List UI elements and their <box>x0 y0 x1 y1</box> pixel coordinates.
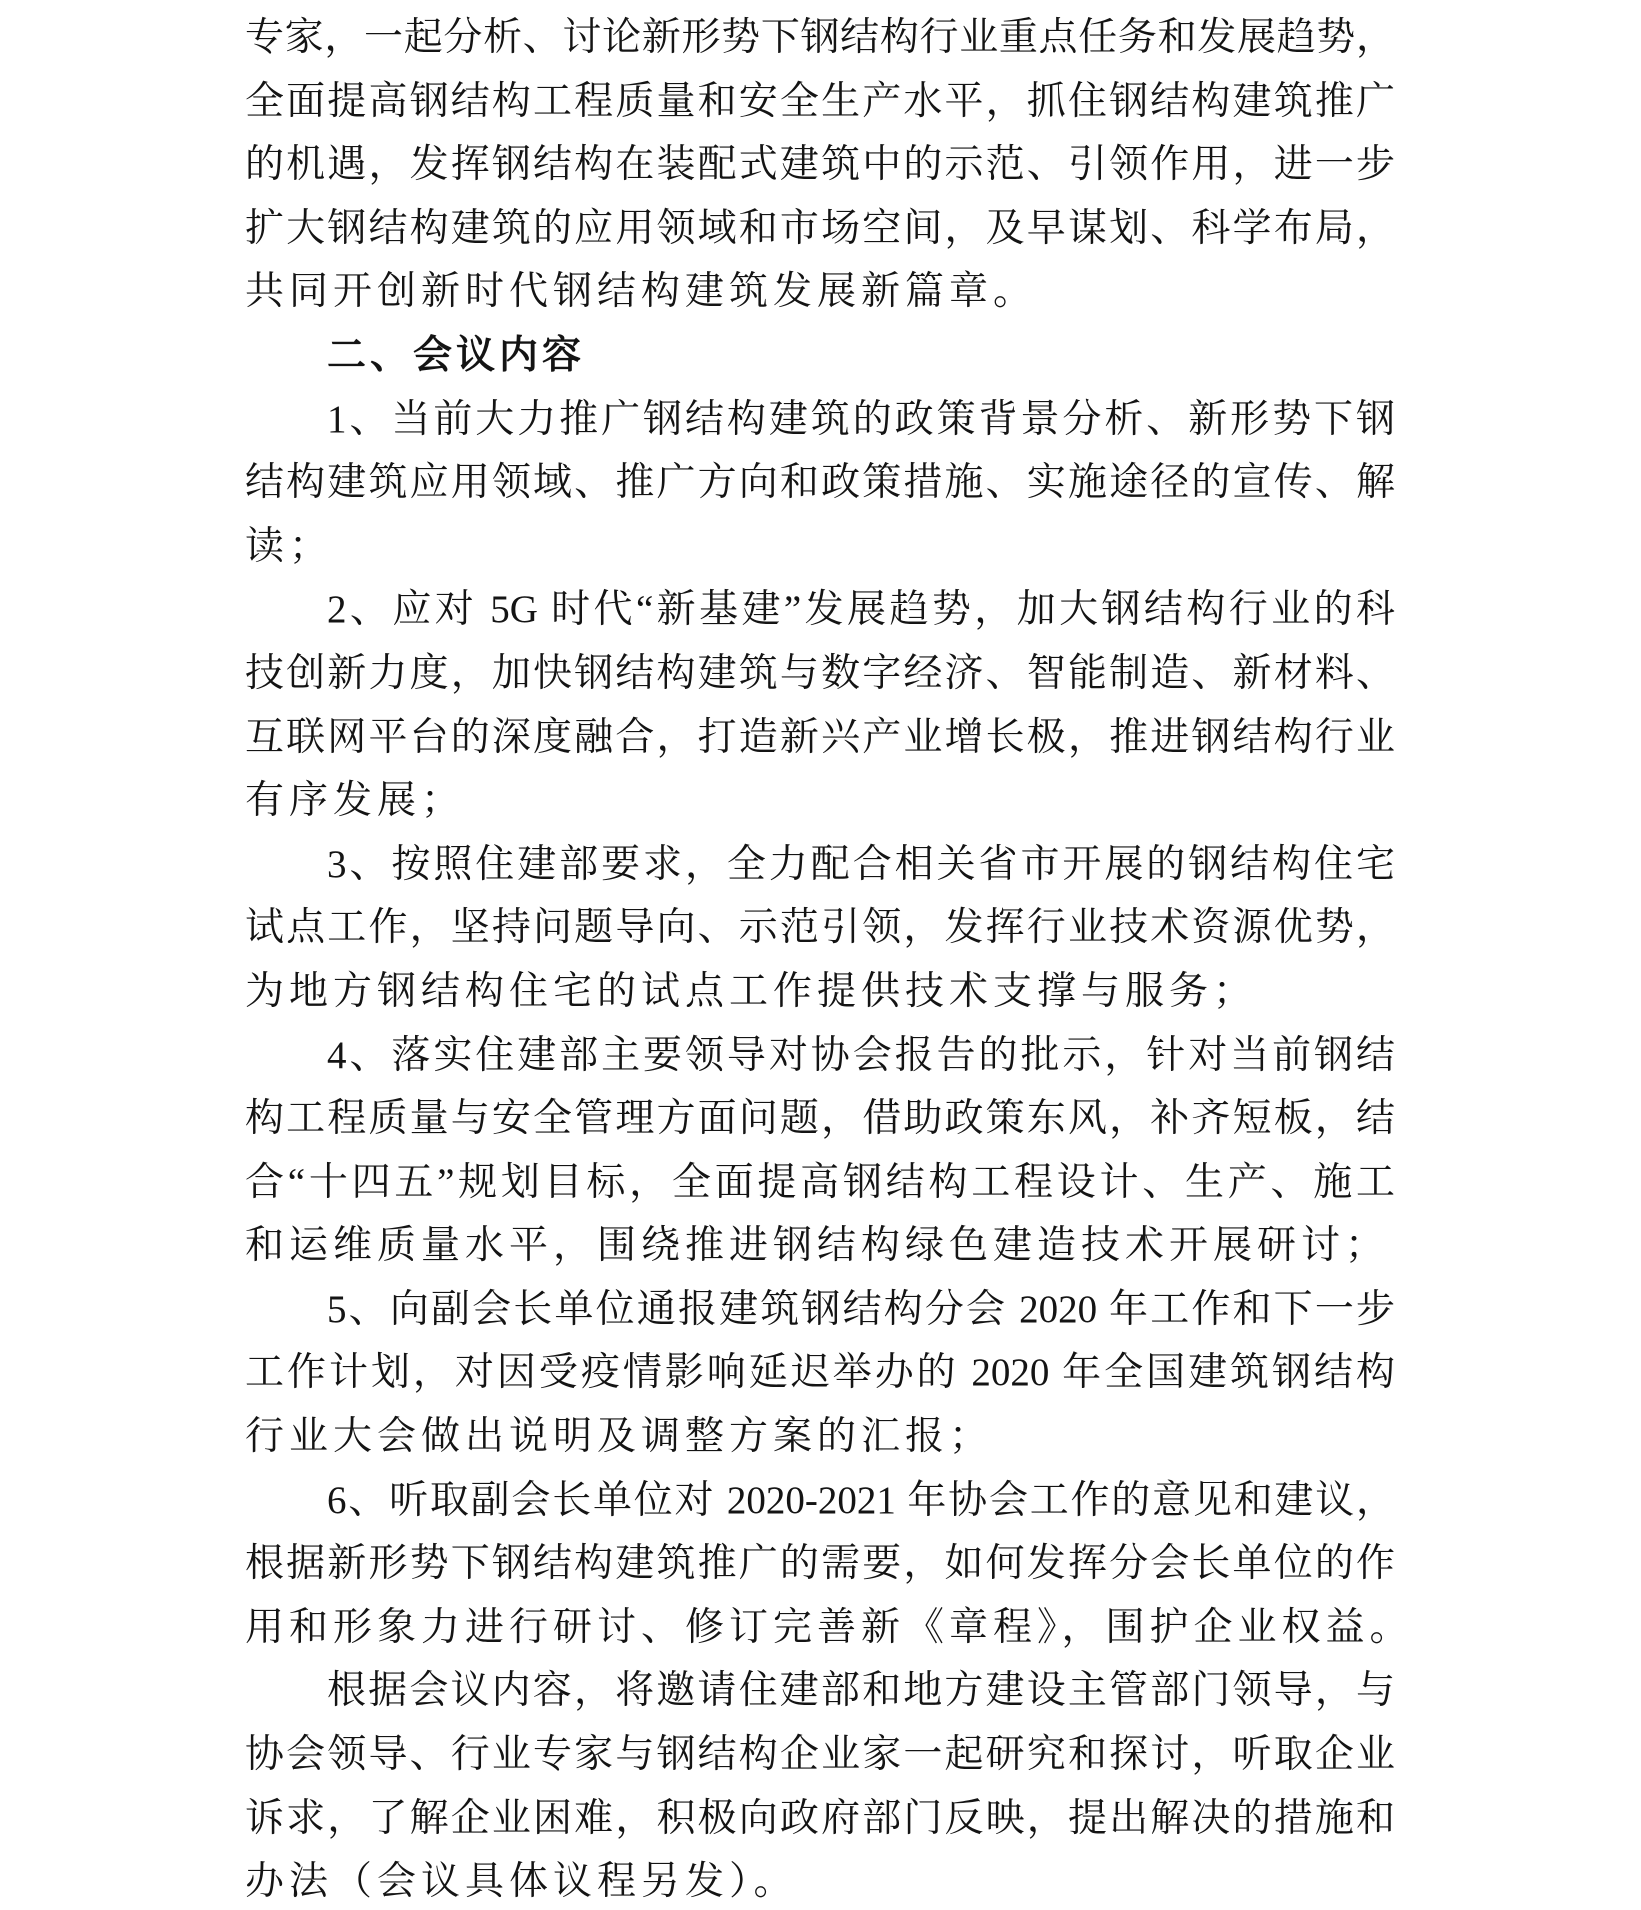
text-line: 协会领导、行业专家与钢结构企业家一起研究和探讨，听取企业 <box>245 1723 1395 1787</box>
text-line: 用和形象力进行研讨、修订完善新《章程》，围护企业权益。 <box>245 1596 1395 1660</box>
text-line: 4、落实住建部主要领导对协会报告的批示，针对当前钢结 <box>245 1024 1395 1088</box>
text-line: 6、听取副会长单位对 2020-2021 年协会工作的意见和建议， <box>245 1469 1395 1533</box>
text-line: 构工程质量与安全管理方面问题，借助政策东风，补齐短板，结 <box>245 1087 1395 1151</box>
text-line: 全面提高钢结构工程质量和安全生产水平，抓住钢结构建筑推广 <box>245 70 1395 134</box>
text-line: 2、应对 5G 时代“新基建”发展趋势，加大钢结构行业的科 <box>245 578 1395 642</box>
text-line: 诉求，了解企业困难，积极向政府部门反映，提出解决的措施和 <box>245 1787 1395 1851</box>
text-line: 互联网平台的深度融合，打造新兴产业增长极，推进钢结构行业 <box>245 706 1395 770</box>
text-line: 行业大会做出说明及调整方案的汇报； <box>245 1405 1395 1469</box>
section-heading: 二、会议内容 <box>245 324 1395 388</box>
text-line: 试点工作，坚持问题导向、示范引领，发挥行业技术资源优势， <box>245 896 1395 960</box>
text-line: 和运维质量水平，围绕推进钢结构绿色建造技术开展研讨； <box>245 1214 1395 1278</box>
text-line: 读； <box>245 515 1395 579</box>
text-line: 根据新形势下钢结构建筑推广的需要，如何发挥分会长单位的作 <box>245 1532 1395 1596</box>
text-line: 合“十四五”规划目标，全面提高钢结构工程设计、生产、施工 <box>245 1151 1395 1215</box>
text-line: 1、当前大力推广钢结构建筑的政策背景分析、新形势下钢 <box>245 388 1395 452</box>
text-line: 5、向副会长单位通报建筑钢结构分会 2020 年工作和下一步 <box>245 1278 1395 1342</box>
text-line: 结构建筑应用领域、推广方向和政策措施、实施途径的宣传、解 <box>245 451 1395 515</box>
text-line: 有序发展； <box>245 769 1395 833</box>
text-line: 扩大钢结构建筑的应用领域和市场空间，及早谋划、科学布局， <box>245 197 1395 261</box>
text-line: 办法（会议具体议程另发）。 <box>245 1850 1395 1910</box>
text-line: 共同开创新时代钢结构建筑发展新篇章。 <box>245 260 1395 324</box>
document-text-block: 专家，一起分析、讨论新形势下钢结构行业重点任务和发展趋势，全面提高钢结构工程质量… <box>245 6 1395 1910</box>
text-line: 工作计划，对因受疫情影响延迟举办的 2020 年全国建筑钢结构 <box>245 1341 1395 1405</box>
text-line: 专家，一起分析、讨论新形势下钢结构行业重点任务和发展趋势， <box>245 6 1395 70</box>
document-page: 专家，一起分析、讨论新形势下钢结构行业重点任务和发展趋势，全面提高钢结构工程质量… <box>0 0 1641 1910</box>
text-line: 3、按照住建部要求，全力配合相关省市开展的钢结构住宅 <box>245 833 1395 897</box>
text-line: 根据会议内容，将邀请住建部和地方建设主管部门领导，与 <box>245 1659 1395 1723</box>
text-line: 为地方钢结构住宅的试点工作提供技术支撑与服务； <box>245 960 1395 1024</box>
text-line: 的机遇，发挥钢结构在装配式建筑中的示范、引领作用，进一步 <box>245 133 1395 197</box>
text-line: 技创新力度，加快钢结构建筑与数字经济、智能制造、新材料、 <box>245 642 1395 706</box>
